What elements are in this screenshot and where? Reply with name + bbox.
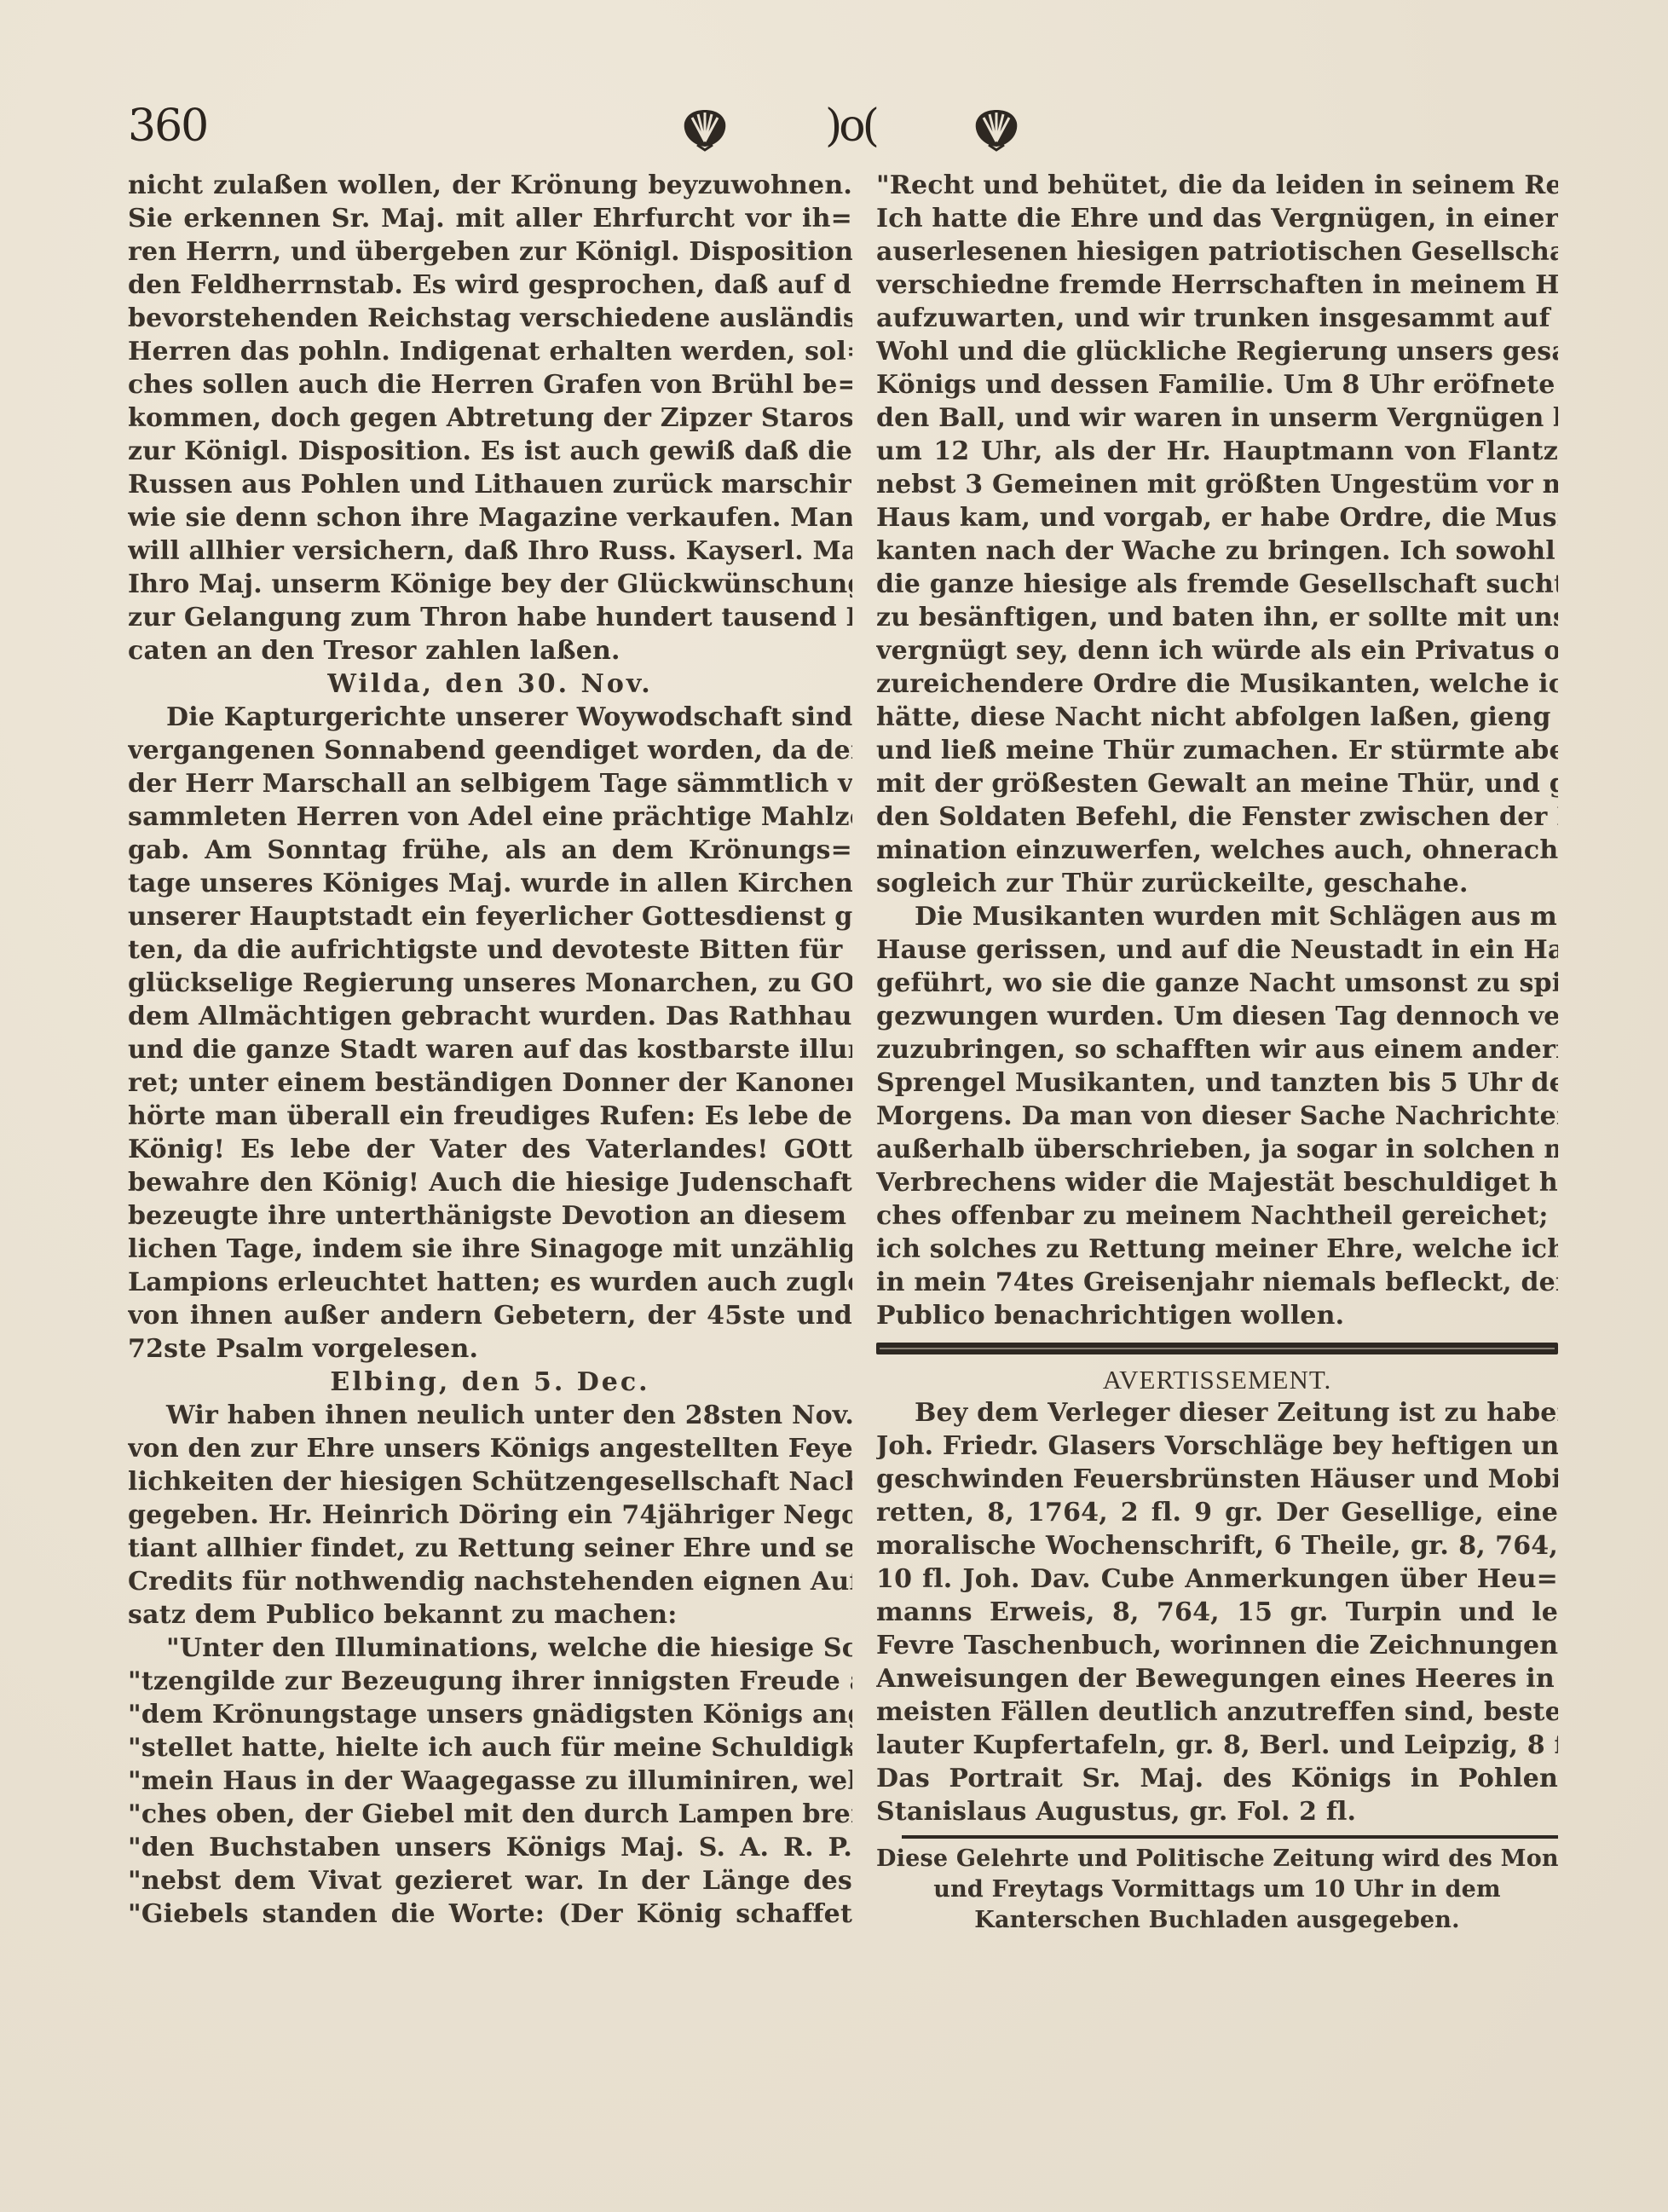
text-line: meisten Fällen deutlich anzutreffen sind… <box>876 1695 1558 1729</box>
text-line: nicht zulaßen wollen, der Krönung beyzuw… <box>128 169 852 202</box>
text-line: 72ste Psalm vorgelesen. <box>128 1332 852 1366</box>
text-line: sogleich zur Thür zurückeilte, geschahe. <box>876 867 1558 900</box>
text-line: Credits für nothwendig nachstehenden eig… <box>128 1565 852 1598</box>
shell-ornament-icon <box>680 107 730 152</box>
text-line: ren Herrn, und übergeben zur Königl. Dis… <box>128 235 852 269</box>
text-line: vergnügt sey, denn ich würde als ein Pri… <box>876 634 1558 667</box>
text-line: zuzubringen, so schafften wir aus einem … <box>876 1033 1558 1066</box>
text-line: "Recht und behütet, die da leiden in sei… <box>876 169 1558 202</box>
text-line: hörte man überall ein freudiges Rufen: E… <box>128 1100 852 1133</box>
text-line: zur Königl. Disposition. Es ist auch gew… <box>128 435 852 468</box>
text-line: "ches oben, der Giebel mit den durch Lam… <box>128 1798 852 1831</box>
text-line: mit der größesten Gewalt an meine Thür, … <box>876 767 1558 800</box>
text-line: geschwinden Feuersbrünsten Häuser und Mo… <box>876 1463 1558 1496</box>
text-line: Hause gerissen, und auf die Neustadt in … <box>876 933 1558 967</box>
text-line: Russen aus Pohlen und Lithauen zurück ma… <box>128 468 852 501</box>
text-line: "den Buchstaben unsers Königs Maj. S. A.… <box>128 1831 852 1864</box>
text-line: dem Allmächtigen gebracht wurden. Das Ra… <box>128 1000 852 1033</box>
text-line: geführt, wo sie die ganze Nacht umsonst … <box>876 967 1558 1000</box>
article-elbing: Wir haben ihnen neulich unter den 28sten… <box>128 1399 852 1931</box>
advertisement-section: AVERTISSEMENT. Bey dem Verleger dieser Z… <box>876 1363 1558 1828</box>
section-divider <box>876 1343 1558 1354</box>
text-line: Sie erkennen Sr. Maj. mit aller Ehrfurch… <box>128 202 852 235</box>
text-line: und die ganze Stadt waren auf das kostba… <box>128 1033 852 1066</box>
text-line: von den zur Ehre unsers Königs angestell… <box>128 1432 852 1465</box>
text-line: Joh. Friedr. Glasers Vorschläge bey heft… <box>876 1429 1558 1463</box>
text-line: kommen, doch gegen Abtretung der Zipzer … <box>128 401 852 435</box>
text-line: Bey dem Verleger dieser Zeitung ist zu h… <box>876 1396 1558 1429</box>
text-line: manns Erweis, 8, 764, 15 gr. Turpin und … <box>876 1596 1558 1629</box>
text-line: "Unter den Illuminations, welche die hie… <box>128 1632 852 1665</box>
text-line: Ich hatte die Ehre und das Vergnügen, in… <box>876 202 1558 235</box>
text-line: bewahre den König! Auch die hiesige Jude… <box>128 1166 852 1199</box>
text-line: "nebst dem Vivat gezieret war. In der Lä… <box>128 1864 852 1897</box>
text-line: Das Portrait Sr. Maj. des Königs in Pohl… <box>876 1762 1558 1795</box>
right-column: "Recht und behütet, die da leiden in sei… <box>876 169 1558 1936</box>
text-line: Die Kapturgerichte unserer Woywodschaft … <box>128 701 852 734</box>
text-line: die ganze hiesige als fremde Gesellschaf… <box>876 568 1558 601</box>
text-line: Fevre Taschenbuch, worinnen die Zeichnun… <box>876 1629 1558 1662</box>
text-line: König! Es lebe der Vater des Vaterlandes… <box>128 1133 852 1166</box>
text-line: Ihro Maj. unserm Könige bey der Glückwün… <box>128 568 852 601</box>
text-line: ret; unter einem beständigen Donner der … <box>128 1066 852 1100</box>
text-line: ich solches zu Rettung meiner Ehre, welc… <box>876 1233 1558 1266</box>
advertisement-heading: AVERTISSEMENT. <box>876 1363 1558 1396</box>
text-line: und Freytags Vormittags um 10 Uhr in dem <box>876 1874 1558 1905</box>
text-line: verschiedne fremde Herrschaften in meine… <box>876 269 1558 302</box>
text-line: Publico benachrichtigen wollen. <box>876 1299 1558 1332</box>
text-line: retten, 8, 1764, 2 fl. 9 gr. Der Geselli… <box>876 1496 1558 1529</box>
text-line: glückselige Regierung unseres Monarchen,… <box>128 967 852 1000</box>
text-line: der Herr Marschall an selbigem Tage sämm… <box>128 767 852 800</box>
text-line: außerhalb überschrieben, ja sogar in sol… <box>876 1133 1558 1166</box>
text-line: satz dem Publico bekannt zu machen: <box>128 1598 852 1632</box>
text-line: ches sollen auch die Herren Grafen von B… <box>128 368 852 401</box>
text-line: kanten nach der Wache zu bringen. Ich so… <box>876 534 1558 568</box>
text-line: vergangenen Sonnabend geendiget worden, … <box>128 734 852 767</box>
text-line: nebst 3 Gemeinen mit größten Ungestüm vo… <box>876 468 1558 501</box>
text-line: von ihnen außer andern Gebetern, der 45s… <box>128 1299 852 1332</box>
text-line: gezwungen wurden. Um diesen Tag dennoch … <box>876 1000 1558 1033</box>
article-wilda: Die Kapturgerichte unserer Woywodschaft … <box>128 701 852 1366</box>
text-line: ches offenbar zu meinem Nachtheil gereic… <box>876 1199 1558 1233</box>
text-line: den Soldaten Befehl, die Fenster zwische… <box>876 800 1558 834</box>
text-line: um 12 Uhr, als der Hr. Hauptmann von Fla… <box>876 435 1558 468</box>
text-line: den Feldherrnstab. Es wird gesprochen, d… <box>128 269 852 302</box>
text-line: tiant allhier findet, zu Rettung seiner … <box>128 1532 852 1565</box>
text-line: bezeugte ihre unterthänigste Devotion an… <box>128 1199 852 1233</box>
article-continuation: nicht zulaßen wollen, der Krönung beyzuw… <box>128 169 852 667</box>
center-ornament: )o( <box>825 101 876 152</box>
text-line: caten an den Tresor zahlen laßen. <box>128 634 852 667</box>
text-line: bevorstehenden Reichstag verschiedene au… <box>128 302 852 335</box>
text-line: Die Musikanten wurden mit Schlägen aus m… <box>876 900 1558 933</box>
text-line: Stanislaus Augustus, gr. Fol. 2 fl. <box>876 1795 1558 1828</box>
page-number: 360 <box>128 101 207 152</box>
text-line: zu besänftigen, und baten ihn, er sollte… <box>876 601 1558 634</box>
text-line: "mein Haus in der Waagegasse zu illumini… <box>128 1764 852 1798</box>
text-line: Wohl und die glückliche Regierung unsers… <box>876 335 1558 368</box>
text-line: und ließ meine Thür zumachen. Er stürmte… <box>876 734 1558 767</box>
text-line: Wir haben ihnen neulich unter den 28sten… <box>128 1399 852 1432</box>
text-line: gegeben. Hr. Heinrich Döring ein 74jähri… <box>128 1499 852 1532</box>
text-line: Anweisungen der Bewegungen eines Heeres … <box>876 1662 1558 1695</box>
text-line: Verbrechens wider die Majestät beschuldi… <box>876 1166 1558 1199</box>
text-line: in mein 74tes Greisenjahr niemals beflec… <box>876 1266 1558 1299</box>
text-line: ten, da die aufrichtigste und devoteste … <box>128 933 852 967</box>
text-line: Haus kam, und vorgab, er habe Ordre, die… <box>876 501 1558 534</box>
text-line: Lampions erleuchtet hatten; es wurden au… <box>128 1266 852 1299</box>
text-line: auserlesenen hiesigen patriotischen Gese… <box>876 235 1558 269</box>
text-line: unserer Hauptstadt ein feyerlicher Gotte… <box>128 900 852 933</box>
text-line: lauter Kupfertafeln, gr. 8, Berl. und Le… <box>876 1729 1558 1762</box>
article-elbing-continued: "Recht und behütet, die da leiden in sei… <box>876 169 1558 1332</box>
text-line: wie sie denn schon ihre Magazine verkauf… <box>128 501 852 534</box>
text-line: zureichendere Ordre die Musikanten, welc… <box>876 667 1558 701</box>
shell-ornament-icon <box>972 107 1021 152</box>
page-header: 360 )o( <box>128 101 1560 169</box>
text-line: Morgens. Da man von dieser Sache Nachric… <box>876 1100 1558 1133</box>
text-line: zur Gelangung zum Thron habe hundert tau… <box>128 601 852 634</box>
text-line: lichkeiten der hiesigen Schützengesellsc… <box>128 1465 852 1499</box>
text-line: Sprengel Musikanten, und tanzten bis 5 U… <box>876 1066 1558 1100</box>
dateline-wilda: Wilda, den 30. Nov. <box>128 667 852 701</box>
text-line: Diese Gelehrte und Politische Zeitung wi… <box>876 1844 1558 1874</box>
text-line: Herren das pohln. Indigenat erhalten wer… <box>128 335 852 368</box>
text-line: will allhier versichern, daß Ihro Russ. … <box>128 534 852 568</box>
text-line: "tzengilde zur Bezeugung ihrer innigsten… <box>128 1665 852 1698</box>
text-line: hätte, diese Nacht nicht abfolgen laßen,… <box>876 701 1558 734</box>
text-line: sammleten Herren von Adel eine prächtige… <box>128 800 852 834</box>
newspaper-page: 360 )o( nicht zulaßen wollen, der Krönun… <box>0 0 1668 2212</box>
text-line: "stellet hatte, hielte ich auch für mein… <box>128 1731 852 1764</box>
text-line: Kanterschen Buchladen ausgegeben. <box>876 1905 1558 1936</box>
text-line: moralische Wochenschrift, 6 Theile, gr. … <box>876 1529 1558 1562</box>
text-line: lichen Tage, indem sie ihre Sinagoge mit… <box>128 1233 852 1266</box>
text-line: den Ball, und wir waren in unserm Vergnü… <box>876 401 1558 435</box>
text-line: mination einzuwerfen, welches auch, ohne… <box>876 834 1558 867</box>
text-line: gab. Am Sonntag frühe, als an dem Krönun… <box>128 834 852 867</box>
text-line: Königs und dessen Familie. Um 8 Uhr eröf… <box>876 368 1558 401</box>
publication-notice: Diese Gelehrte und Politische Zeitung wi… <box>876 1844 1558 1936</box>
text-line: "Giebels standen die Worte: (Der König s… <box>128 1897 852 1931</box>
footer-divider <box>902 1835 1558 1839</box>
dateline-elbing: Elbing, den 5. Dec. <box>128 1366 852 1399</box>
text-line: tage unseres Königes Maj. wurde in allen… <box>128 867 852 900</box>
text-line: "dem Krönungstage unsers gnädigsten Köni… <box>128 1698 852 1731</box>
text-line: aufzuwarten, und wir trunken insgesammt … <box>876 302 1558 335</box>
left-column: nicht zulaßen wollen, der Krönung beyzuw… <box>128 169 852 1931</box>
text-line: 10 fl. Joh. Dav. Cube Anmerkungen über H… <box>876 1562 1558 1596</box>
